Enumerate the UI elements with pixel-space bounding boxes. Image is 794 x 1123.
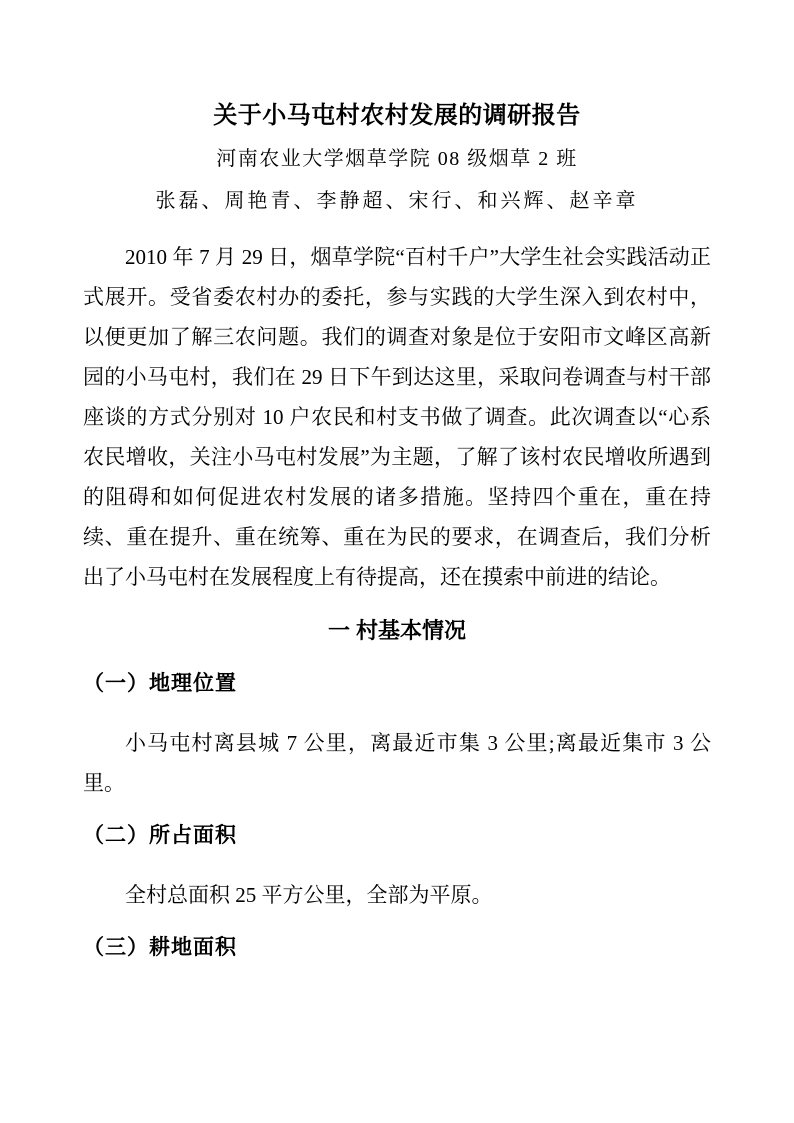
subsection-1-body: 小马屯村离县城 7 公里，离最近市集 3 公里;离最近集市 3 公里。 <box>83 723 711 803</box>
document-page: 关于小马屯村农村发展的调研报告 河南农业大学烟草学院 08 级烟草 2 班 张磊… <box>0 0 794 1123</box>
document-title: 关于小马屯村农村发展的调研报告 <box>83 0 711 135</box>
subsection-2-heading: （二）所占面积 <box>83 819 711 851</box>
subsection-1-heading: （一）地理位置 <box>83 667 711 699</box>
subsection-3-heading: （三）耕地面积 <box>83 931 711 963</box>
intro-paragraph: 2010 年 7 月 29 日，烟草学院“百村千户”大学生社会实践活动正式展开。… <box>83 237 711 597</box>
document-subtitle: 河南农业大学烟草学院 08 级烟草 2 班 <box>83 143 711 175</box>
subsection-2-body: 全村总面积 25 平方公里，全部为平原。 <box>83 875 711 915</box>
section-1-heading: 一 村基本情况 <box>83 611 711 651</box>
document-authors: 张磊、周艳青、李静超、宋行、和兴辉、赵辛章 <box>83 185 711 217</box>
